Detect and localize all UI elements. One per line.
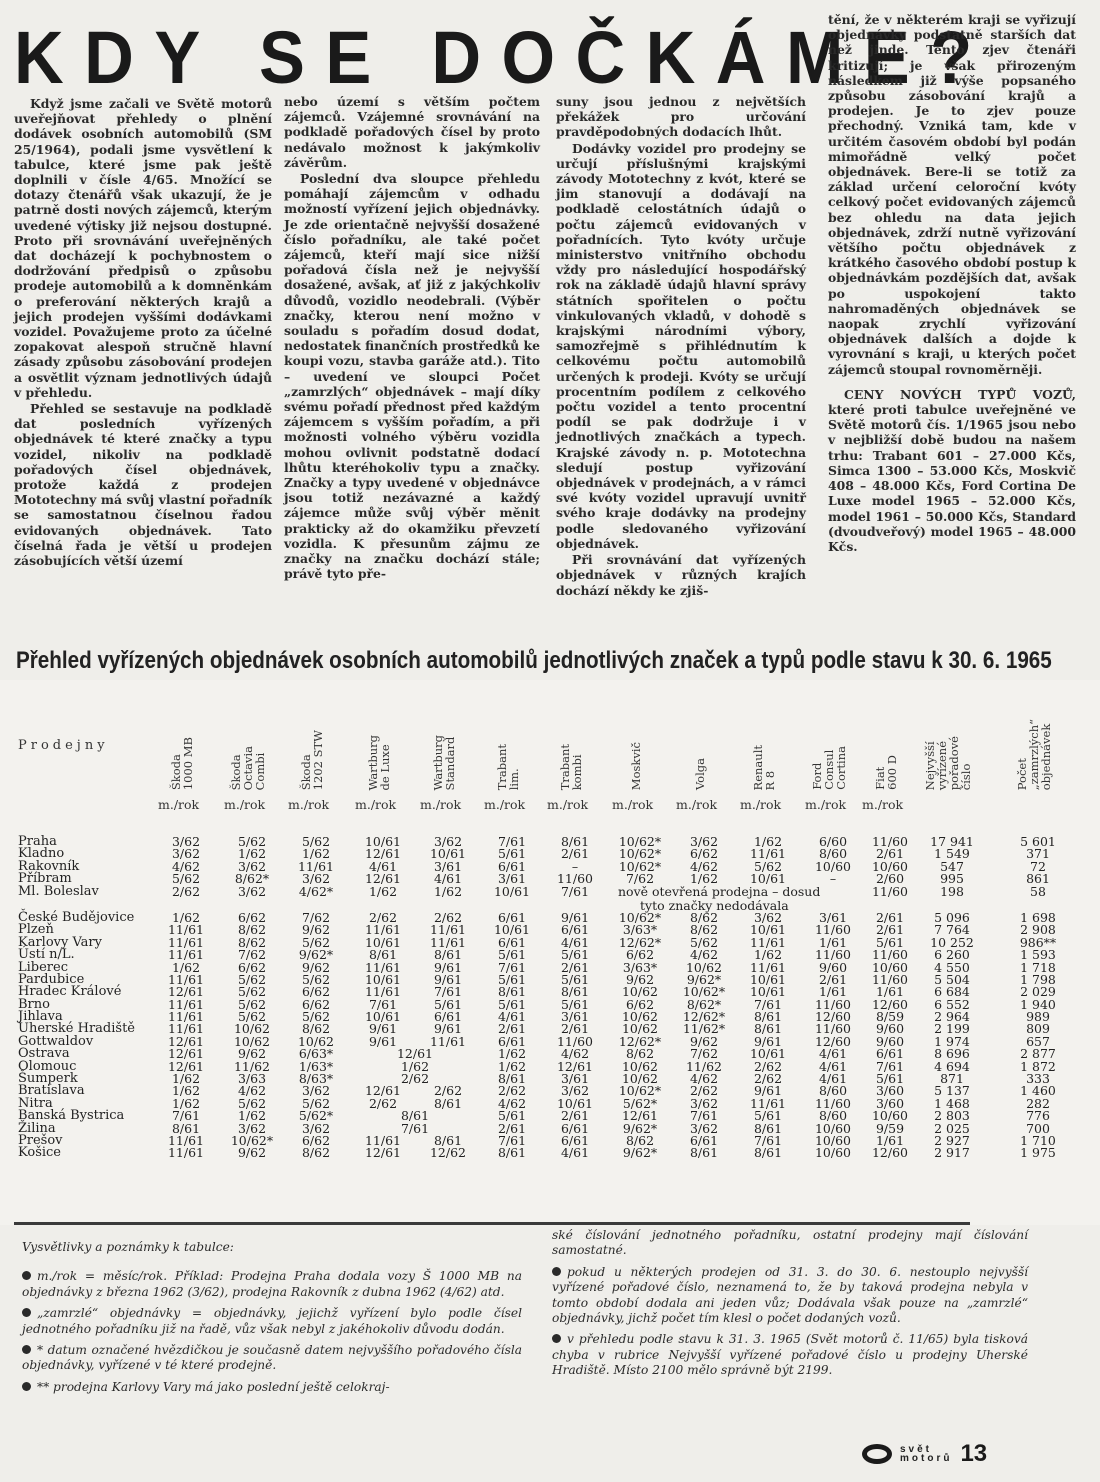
column-header: Volga xyxy=(678,690,722,790)
unit-label: m./rok xyxy=(676,797,717,812)
bullet-icon xyxy=(22,1271,31,1280)
unit-label: m./rok xyxy=(288,797,329,812)
article-column-1: Když jsme začali ve Světě motorů uveřejň… xyxy=(14,96,272,569)
bullet-icon xyxy=(22,1382,31,1391)
column-header: Škoda 1000 MB xyxy=(160,690,204,790)
table-cell: 58 xyxy=(1010,886,1066,898)
unit-label: m./rok xyxy=(740,797,781,812)
column-header: Škoda 1202 STW xyxy=(290,690,334,790)
dealer-name: Ml. Boleslav xyxy=(18,886,168,898)
table-cell: 3/62 xyxy=(224,886,280,898)
column-header: Moskvič xyxy=(614,690,658,790)
paragraph: Dodávky vozidel pro prodejny se určují p… xyxy=(556,141,806,551)
unit-label: m./rok xyxy=(420,797,461,812)
prices-paragraph: CENY NOVÝCH TYPŮ VOZŮ, které proti tabul… xyxy=(828,387,1076,554)
paragraph: Přehled se sestavuje na podkladě dat pos… xyxy=(14,401,272,568)
table-row: Košice11/619/628/6212/6112/628/614/619/6… xyxy=(18,1147,1078,1159)
page-number: 13 xyxy=(960,1440,987,1468)
column-header: Fiat 600 D xyxy=(864,690,908,790)
paragraph: nebo území s větším počtem zájemců. Vzáj… xyxy=(284,94,540,170)
row-note: nově otevřená prodejna – dosud xyxy=(618,886,820,898)
unit-label: m./rok xyxy=(805,797,846,812)
magazine-page: KDY SE DOČKÁME? Když jsme začali ve Svět… xyxy=(0,0,1100,1482)
note-item: „zamrzlé“ objednávky = objednávky, jejic… xyxy=(22,1306,522,1337)
column-header: Počet „zamrzlých“ objednávek xyxy=(1012,690,1056,790)
table-cell: 9/62* xyxy=(612,1147,668,1159)
table-cell: 198 xyxy=(924,886,980,898)
page-footer: svět motorů 13 xyxy=(862,1440,987,1468)
table-cell: 12/62 xyxy=(420,1147,476,1159)
table-cell: 11/60 xyxy=(862,886,918,898)
row-header-label: Prodejny xyxy=(18,738,109,753)
column-header: Ford Consul Cortina xyxy=(807,690,851,790)
table-cell: 2 917 xyxy=(924,1147,980,1159)
article-column-4: tění, že v některém kraji se vyřizují ob… xyxy=(828,12,1076,555)
unit-label: m./rok xyxy=(612,797,653,812)
table-cell: 11/61 xyxy=(158,1147,214,1159)
note-item: pokud u některých prodejen od 31. 3. do … xyxy=(552,1265,1028,1327)
table-cell: 4/61 xyxy=(547,1147,603,1159)
table-cell: 9/62 xyxy=(224,1147,280,1159)
notes-right: ské číslování jednotného pořadníku, osta… xyxy=(552,1228,1028,1385)
dealer-name: Košice xyxy=(18,1147,168,1159)
notes-left: Vysvětlivky a poznámky k tabulce: m./rok… xyxy=(22,1240,522,1401)
headline: KDY SE DOČKÁME? xyxy=(14,18,749,98)
bullet-icon xyxy=(552,1334,561,1343)
bullet-icon xyxy=(552,1267,561,1276)
table-cell: 1/62 xyxy=(420,886,476,898)
unit-label: m./rok xyxy=(224,797,265,812)
unit-label: m./rok xyxy=(158,797,199,812)
column-header: Trabant lim. xyxy=(486,690,530,790)
svet-motoru-logo-icon xyxy=(862,1444,892,1464)
table-cell: 12/61 xyxy=(355,1147,411,1159)
bullet-icon xyxy=(22,1308,31,1317)
table-body: Praha3/625/625/6210/613/627/618/6110/62*… xyxy=(18,836,1078,1160)
table-cell: 10/60 xyxy=(805,1147,861,1159)
table-cell: 1 975 xyxy=(1010,1147,1066,1159)
column-header: Nejvyšší vyřízené pořadové číslo xyxy=(926,690,970,790)
column-header: Wartburg Standard xyxy=(422,690,466,790)
table-bottom-rule xyxy=(14,1222,970,1225)
table-cell: 7/61 xyxy=(547,886,603,898)
note-item: * datum označené hvězdičkou je současně … xyxy=(22,1343,522,1374)
table-cell: 8/61 xyxy=(484,1147,540,1159)
bullet-icon xyxy=(22,1345,31,1354)
unit-label: m./rok xyxy=(355,797,396,812)
note-item: v přehledu podle stavu k 31. 3. 1965 (Sv… xyxy=(552,1332,1028,1378)
column-header: Wartburg de Luxe xyxy=(357,690,401,790)
unit-label: m./rok xyxy=(862,797,903,812)
table-cell: 2/62 xyxy=(158,886,214,898)
unit-label: m./rok xyxy=(547,797,588,812)
paragraph: tění, že v některém kraji se vyřizují ob… xyxy=(828,12,1076,377)
table-cell: 1/62 xyxy=(355,886,411,898)
table-row: Ml. Boleslav2/623/624/62*1/621/6210/617/… xyxy=(18,886,1078,898)
table-cell: 4/62* xyxy=(288,886,344,898)
note-item: m./rok = měsíc/rok. Příklad: Prodejna Pr… xyxy=(22,1269,522,1300)
column-header: Renault R 8 xyxy=(742,690,786,790)
table-cell: 12/60 xyxy=(862,1147,918,1159)
table-cell: 8/61 xyxy=(676,1147,732,1159)
table-cell: 8/61 xyxy=(740,1147,796,1159)
table-cell: 10/61 xyxy=(484,886,540,898)
paragraph: Když jsme začali ve Světě motorů uveřejň… xyxy=(14,96,272,400)
article-column-3: suny jsou jednou z největších překážek p… xyxy=(556,94,806,599)
column-header: Škoda Octavia Combi xyxy=(226,690,270,790)
article-column-2: nebo území s větším počtem zájemců. Vzáj… xyxy=(284,94,540,583)
paragraph: Při srovnávání dat vyřízených objednávek… xyxy=(556,552,806,598)
brand-name: svět motorů xyxy=(900,1445,952,1463)
note-continuation: ské číslování jednotného pořadníku, osta… xyxy=(552,1228,1028,1259)
unit-label: m./rok xyxy=(484,797,525,812)
notes-title: Vysvětlivky a poznámky k tabulce: xyxy=(22,1240,522,1255)
paragraph: Poslední dva sloupce přehledu pomáhají z… xyxy=(284,171,540,581)
note-item: ** prodejna Karlovy Vary má jako posledn… xyxy=(22,1380,522,1395)
column-header: Trabant kombi xyxy=(549,690,593,790)
table-title: Přehled vyřízených objednávek osobních a… xyxy=(16,647,1052,675)
paragraph: suny jsou jednou z největších překážek p… xyxy=(556,94,806,140)
table-cell: 8/62 xyxy=(288,1147,344,1159)
